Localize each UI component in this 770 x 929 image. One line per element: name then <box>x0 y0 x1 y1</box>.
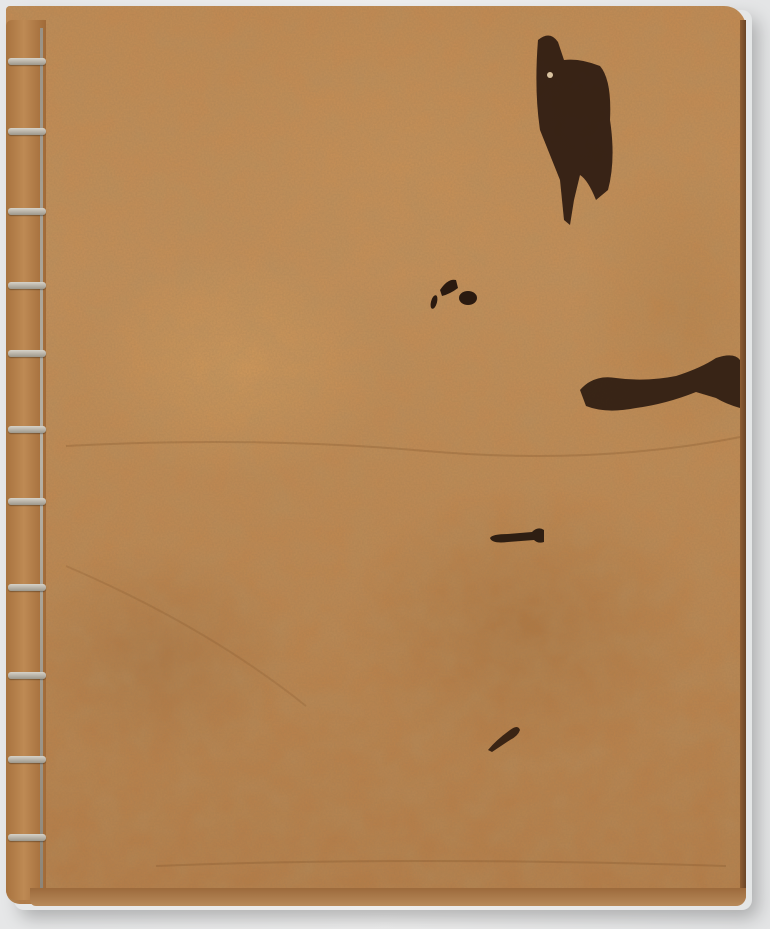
dash-mark-lower <box>484 722 524 754</box>
cover-right-edge <box>740 20 746 890</box>
book-cover <box>6 6 746 904</box>
stitch-4 <box>8 282 46 289</box>
stitch-3 <box>8 208 46 215</box>
stitch-2 <box>8 128 46 135</box>
stitch-6 <box>8 426 46 433</box>
ink-stain-right <box>576 348 742 422</box>
ink-stain-top-right <box>530 30 620 230</box>
ink-spots-center <box>428 272 484 322</box>
cover-texture <box>6 6 746 904</box>
stitch-10 <box>8 756 46 763</box>
stitch-5 <box>8 350 46 357</box>
binding-thread <box>40 28 43 896</box>
cover-bottom-edge <box>30 888 746 906</box>
stitch-7 <box>8 498 46 505</box>
stitch-8 <box>8 584 46 591</box>
stitch-1 <box>8 58 46 65</box>
stitch-11 <box>8 834 46 841</box>
dash-mark-middle <box>488 526 548 550</box>
stitch-9 <box>8 672 46 679</box>
